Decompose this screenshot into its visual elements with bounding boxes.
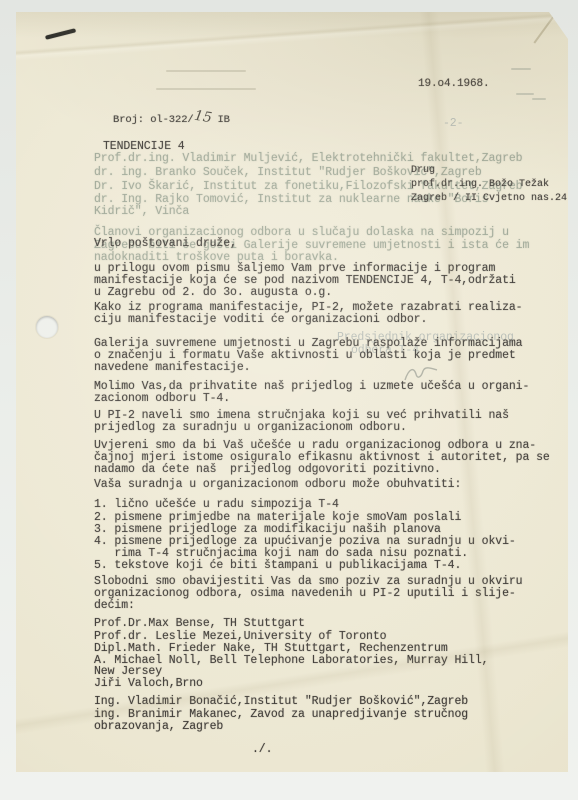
body-line: navedene manifestacije.	[94, 362, 250, 374]
hole-punch	[36, 316, 58, 338]
body-line: ciju manifestacije voditi će organizacio…	[94, 314, 427, 326]
body-line: Vaša suradnja u organizacionom odboru mo…	[94, 479, 461, 491]
smudge-mark	[156, 88, 256, 90]
invitee-line: Ing. Vladimir Bonačić,Institut "Rudjer B…	[94, 696, 468, 708]
body-line: dećim:	[94, 600, 135, 612]
recipient-name: prof.dr.ing. Božo Težak	[411, 179, 549, 191]
ghost-dash-mark	[516, 93, 534, 95]
date: 19.o4.1968.	[418, 78, 490, 90]
scan-background: 19.o4.1968. Broj: ol-322/15 IB -2- TENDE…	[0, 0, 578, 800]
invitee-line: obrazovanja, Zagreb	[94, 721, 223, 733]
ghost-dash-mark	[511, 68, 531, 70]
body-line: organizacionog odbora, osima navedenih u…	[94, 588, 516, 600]
recipient-salutation: Drug	[411, 165, 435, 177]
list-line: 5. tekstove koji će biti štampani u publ…	[94, 560, 461, 572]
invitee-line: Prof.Dr.Max Bense, TH Stuttgart	[94, 618, 305, 630]
recipient-address: Zagreb / II Cvjetno nas.24	[411, 193, 567, 205]
closing-mark: ./.	[252, 744, 272, 756]
body-line: prijedlog za suradnju u organizacionom o…	[94, 422, 407, 434]
corner-fold-crease	[533, 16, 554, 44]
body-line: zacionom odboru T-4.	[94, 393, 230, 405]
pen-mark	[45, 28, 76, 39]
reference-handwritten-number: 15	[193, 110, 212, 125]
letter-page: 19.o4.1968. Broj: ol-322/15 IB -2- TENDE…	[16, 12, 568, 772]
reference-suffix: IB	[211, 114, 230, 126]
ghost-recipient-line: Prof.dr.ing. Vladimir Muljević, Elektrot…	[94, 153, 522, 165]
ghost-page-number: -2-	[443, 118, 463, 130]
ghost-dash-mark	[532, 98, 546, 100]
body-line: nadamo da ćete naš prijedlog odgovoriti …	[94, 464, 441, 476]
smudge-mark	[166, 70, 246, 72]
reference-prefix: Broj: ol-322/	[113, 114, 194, 126]
reference-number: Broj: ol-322/15 IB	[113, 112, 230, 126]
salutation: Vrlo poštovani druže,	[94, 238, 237, 250]
list-line: 1. lično učešće u radu simpozija T-4	[94, 499, 339, 511]
invitee-line: Jiři Valoch,Brno	[94, 678, 203, 690]
ghost-recipient-line: Kidrič", Vinča	[94, 206, 189, 218]
body-line: u Zagrebu od 2. do 3o. augusta o.g.	[94, 287, 332, 299]
